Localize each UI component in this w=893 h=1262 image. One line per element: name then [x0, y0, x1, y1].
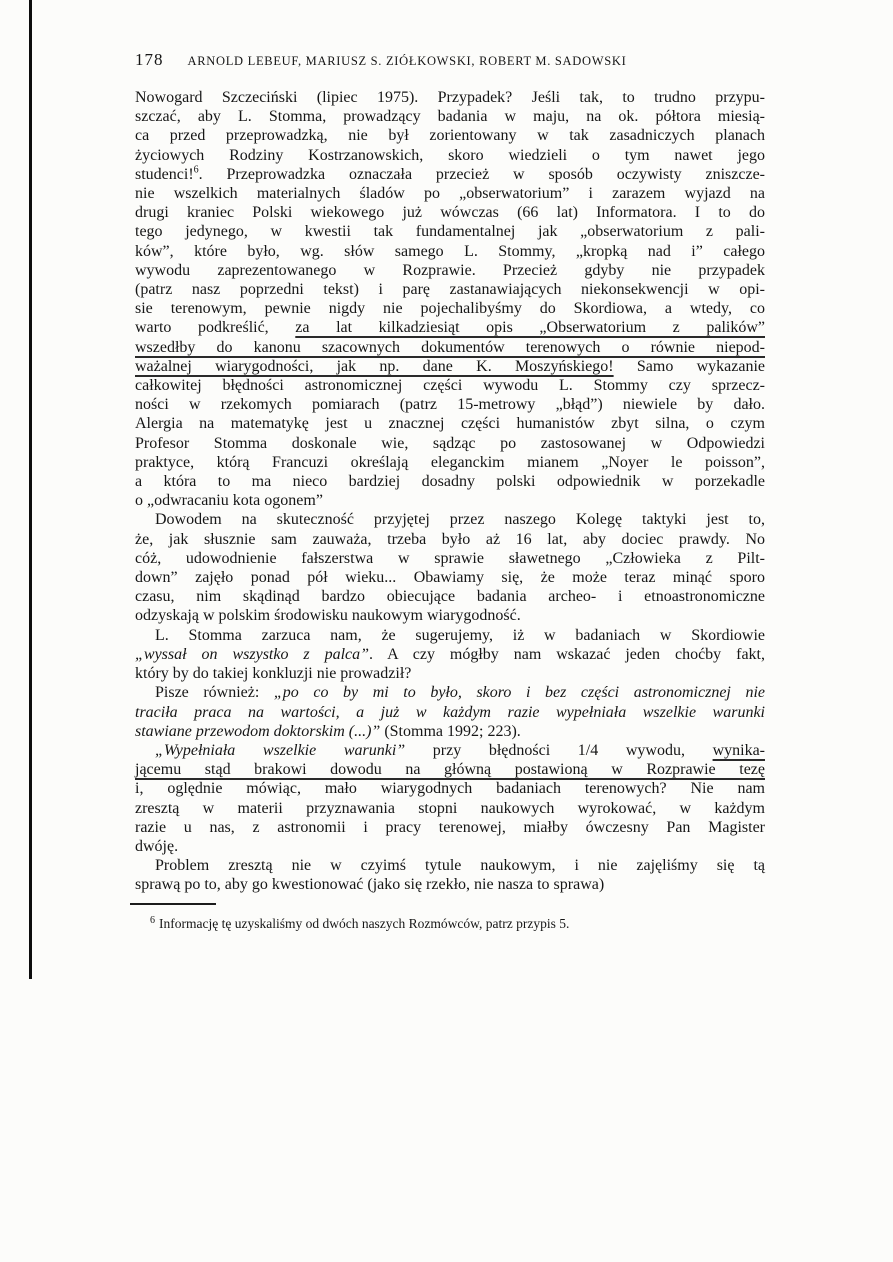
text-line: Pisze również: „po co by mi to było, sko…	[135, 683, 765, 702]
text-line: wszedłby do kanonu szacownych dokumentów…	[135, 338, 765, 357]
text-line: drugi kraniec Polski wiekowego już wówcz…	[135, 203, 765, 222]
text-line: Problem zresztą nie w czyimś tytule nauk…	[135, 856, 765, 875]
scan-edge-artifact	[29, 0, 32, 979]
text-line: L. Stomma zarzuca nam, że sugerujemy, iż…	[135, 626, 765, 645]
text-line: Profesor Stomma doskonale wie, sądząc po…	[135, 434, 765, 453]
text-line: (patrz nasz poprzedni tekst) i parę zast…	[135, 280, 765, 299]
text-line: ca przed przeprowadzką, nie był zoriento…	[135, 126, 765, 145]
text-line: „wyssał on wszystko z palca”. A czy mógł…	[135, 645, 765, 664]
text-line: życiowych Rodziny Kostrzanowskich, skoro…	[135, 146, 765, 165]
paragraph: Problem zresztą nie w czyimś tytule nauk…	[135, 856, 765, 894]
paragraph: Pisze również: „po co by mi to było, sko…	[135, 683, 765, 741]
text-line: Nowogard Szczeciński (lipiec 1975). Przy…	[135, 88, 765, 107]
text-line: i, oględnie mówiąc, mało wiarygodnych ba…	[135, 779, 765, 798]
text-line: „Wypełniała wszelkie warunki” przy błędn…	[135, 741, 765, 760]
text-line: odzyskają w polskim środowisku naukowym …	[135, 606, 765, 625]
text-line: tego jedynego, w kwestii tak fundamental…	[135, 222, 765, 241]
text-line: ków”, które było, wg. słów samego L. Sto…	[135, 242, 765, 261]
footnote-divider	[130, 903, 216, 905]
footnote: 6Informację tę uzyskaliśmy od dwóch nasz…	[130, 903, 765, 932]
text-column: Nowogard Szczeciński (lipiec 1975). Przy…	[135, 88, 765, 895]
text-line: traciła praca na wartości, a już w każdy…	[135, 703, 765, 722]
text-line: sprawą po to, aby go kwestionować (jako …	[135, 875, 765, 894]
text-line: który by do takiej konkluzji nie prowadz…	[135, 664, 765, 683]
text-line: praktyce, którą Francuzi określają elega…	[135, 453, 765, 472]
text-line: Dowodem na skuteczność przyjętej przez n…	[135, 510, 765, 529]
text-line: ważalnej wiarygodności, jak np. dane K. …	[135, 357, 765, 376]
footnote-marker: 6	[150, 915, 155, 926]
page-header: 178 ARNOLD LEBEUF, MARIUSZ S. ZIÓŁKOWSKI…	[135, 50, 626, 70]
paragraph: L. Stomma zarzuca nam, że sugerujemy, iż…	[135, 626, 765, 684]
text-line: cóż, udowodnienie fałszerstwa w sprawie …	[135, 549, 765, 568]
text-line: nie wszelkich materialnych śladów po „ob…	[135, 184, 765, 203]
text-line: szczać, aby L. Stomma, prowadzący badani…	[135, 107, 765, 126]
text-line: wywodu zaprezentowanego w Rozprawie. Prz…	[135, 261, 765, 280]
text-line: czasu, nim skądinąd bardzo obiecujące ba…	[135, 587, 765, 606]
text-line: razie u nas, z astronomii i pracy tereno…	[135, 818, 765, 837]
text-line: dwóję.	[135, 837, 765, 856]
footnote-body: Informację tę uzyskaliśmy od dwóch naszy…	[159, 916, 569, 931]
text-line: a która to ma nieco bardziej dosadny pol…	[135, 472, 765, 491]
text-line: Alergia na matematykę jest u znacznej cz…	[135, 414, 765, 433]
page-number: 178	[135, 50, 164, 70]
running-header: ARNOLD LEBEUF, MARIUSZ S. ZIÓŁKOWSKI, RO…	[188, 54, 627, 69]
text-line: studenci!6. Przeprowadzka oznaczała prze…	[135, 165, 765, 184]
paragraph: Dowodem na skuteczność przyjętej przez n…	[135, 510, 765, 625]
text-line: stawiane przewodom doktorskim (...)” (St…	[135, 722, 765, 741]
text-line: jącemu stąd brakowi dowodu na główną pos…	[135, 760, 765, 779]
text-line: sie terenowym, pewnie nigdy nie pojechal…	[135, 299, 765, 318]
text-line: down” zajęło ponad pół wieku... Obawiamy…	[135, 568, 765, 587]
text-line: całkowitej błędności astronomicznej częś…	[135, 376, 765, 395]
paragraph: „Wypełniała wszelkie warunki” przy błędn…	[135, 741, 765, 856]
text-line: ności w rzekomych pomiarach (patrz 15-me…	[135, 395, 765, 414]
text-line: zresztą w materii przyznawania stopni na…	[135, 799, 765, 818]
text-line: o „odwracaniu kota ogonem”	[135, 491, 765, 510]
text-line: warto podkreślić, za lat kilkadziesiąt o…	[135, 318, 765, 337]
footnote-text: 6Informację tę uzyskaliśmy od dwóch nasz…	[130, 915, 765, 932]
paragraph: Nowogard Szczeciński (lipiec 1975). Przy…	[135, 88, 765, 510]
text-line: że, jak słusznie sam zauważa, trzeba był…	[135, 530, 765, 549]
